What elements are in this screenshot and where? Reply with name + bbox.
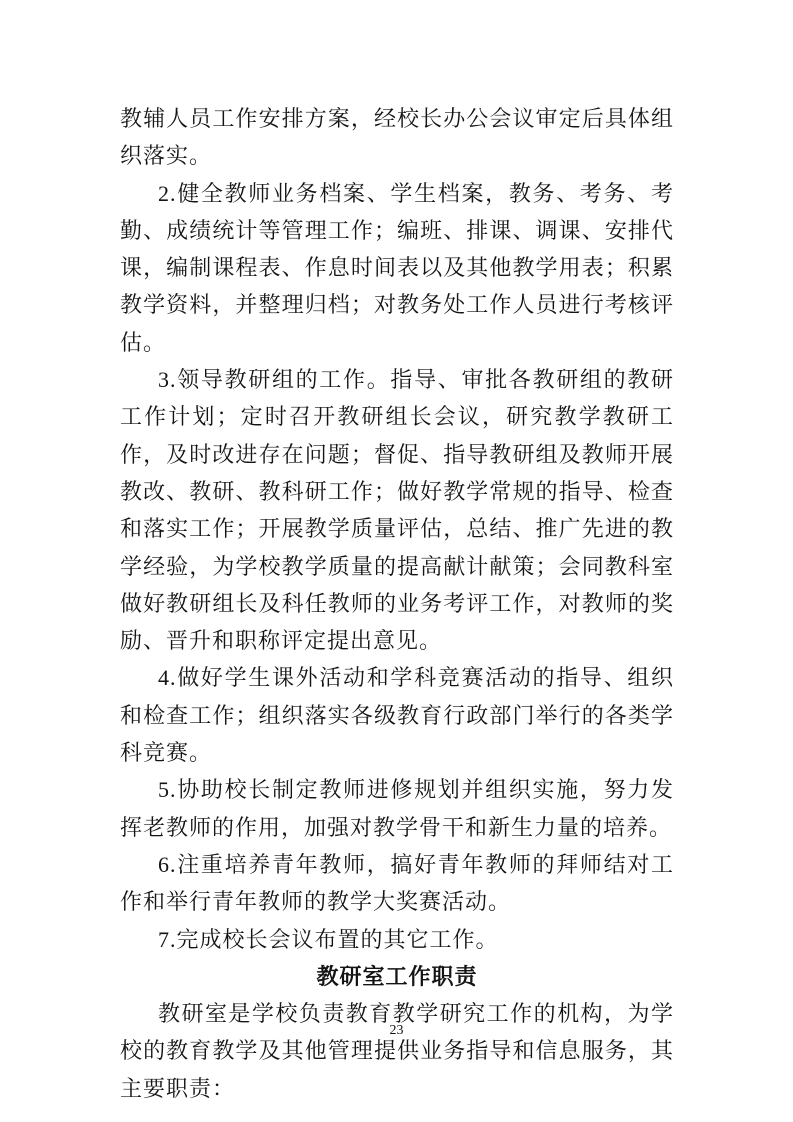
document-page: 教辅人员工作安排方案，经校长办公会议审定后具体组织落实。 2.健全教师业务档案、…: [0, 0, 793, 1122]
paragraph-item-7: 7.完成校长会议布置的其它工作。: [120, 921, 674, 958]
paragraph-item-5: 5.协助校长制定教师进修规划并组织实施，努力发挥老教师的作用，加强对教学骨干和新…: [120, 771, 674, 846]
paragraph-intro: 教研室是学校负责教育教学研究工作的机构，为学校的教育教学及其他管理提供业务指导和…: [120, 995, 674, 1107]
paragraph-item-6: 6.注重培养青年教师，搞好青年教师的拜师结对工作和举行青年教师的教学大奖赛活动。: [120, 846, 674, 921]
paragraph-continuation: 教辅人员工作安排方案，经校长办公会议审定后具体组织落实。: [120, 100, 674, 175]
page-number: 23: [0, 1023, 793, 1039]
document-body: 教辅人员工作安排方案，经校长办公会议审定后具体组织落实。 2.健全教师业务档案、…: [120, 100, 674, 1107]
section-heading: 教研室工作职责: [120, 958, 674, 995]
paragraph-item-3: 3.领导教研组的工作。指导、审批各教研组的教研工作计划；定时召开教研组长会议，研…: [120, 361, 674, 659]
paragraph-item-4: 4.做好学生课外活动和学科竞赛活动的指导、组织和检查工作；组织落实各级教育行政部…: [120, 659, 674, 771]
paragraph-item-2: 2.健全教师业务档案、学生档案，教务、考务、考勤、成绩统计等管理工作；编班、排课…: [120, 175, 674, 361]
